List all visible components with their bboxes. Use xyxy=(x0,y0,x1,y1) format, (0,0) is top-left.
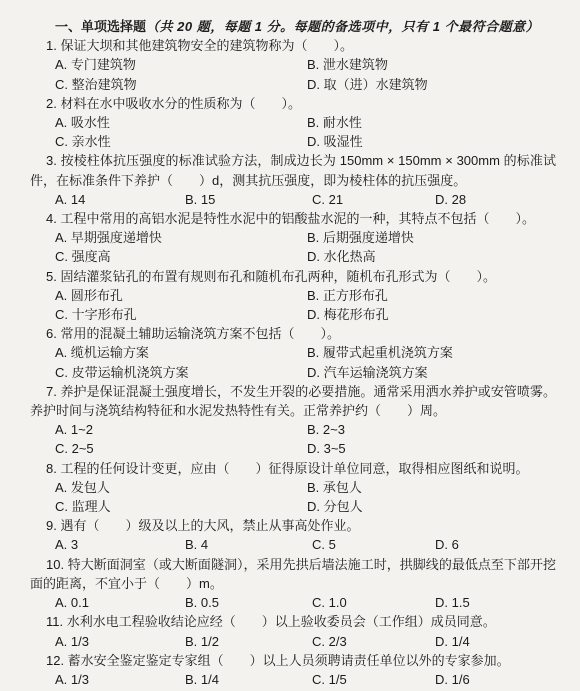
question-stem: 4. 工程中常用的高铝水泥是特性水泥中的铝酸盐水泥的一种，其特点不包括（ ）。 xyxy=(30,209,556,228)
option: C. 皮带运输机浇筑方案 xyxy=(55,363,307,382)
option: D. 6 xyxy=(435,535,556,554)
question-stem: 6. 常用的混凝土辅助运输浇筑方案不包括（ ）。 xyxy=(30,324,556,343)
question-stem: 1. 保证大坝和其他建筑物安全的建筑物称为（ ）。 xyxy=(30,36,556,55)
section-title-lead: 一、单项选择题 xyxy=(55,19,146,34)
question: 9. 遇有（ ）级及以上的大风，禁止从事高处作业。A. 3B. 4C. 5D. … xyxy=(30,516,556,554)
option: A. 发包人 xyxy=(55,478,307,497)
exam-page: 一、单项选择题（共 20 题，每题 1 分。每题的备选项中，只有 1 个最符合题… xyxy=(0,0,580,691)
option-group: A. 圆形布孔B. 正方形布孔C. 十字形布孔D. 梅花形布孔 xyxy=(30,286,556,324)
question: 12. 蓄水安全鉴定鉴定专家组（ ）以上人员须聘请责任单位以外的专家参加。A. … xyxy=(30,651,556,689)
option: C. 2~5 xyxy=(55,439,307,458)
option: D. 1.5 xyxy=(435,593,556,612)
option: B. 泄水建筑物 xyxy=(307,55,556,74)
option: D. 3~5 xyxy=(307,439,556,458)
option: A. 1~2 xyxy=(55,420,307,439)
option: C. 十字形布孔 xyxy=(55,305,307,324)
question: 8. 工程的任何设计变更，应由（ ）征得原设计单位同意，取得相应图纸和说明。A.… xyxy=(30,459,556,517)
option: B. 1/4 xyxy=(185,670,312,689)
option: B. 耐水性 xyxy=(307,113,556,132)
question: 5. 固结灌浆钻孔的布置有规则布孔和随机布孔两种，随机布孔形式为（ ）。A. 圆… xyxy=(30,267,556,325)
option-group: A. 0.1B. 0.5C. 1.0D. 1.5 xyxy=(30,593,556,612)
question: 1. 保证大坝和其他建筑物安全的建筑物称为（ ）。A. 专门建筑物B. 泄水建筑… xyxy=(30,36,556,94)
option: A. 14 xyxy=(55,190,185,209)
option: A. 1/3 xyxy=(55,632,185,651)
option: D. 取（进）水建筑物 xyxy=(307,75,556,94)
option: C. 整治建筑物 xyxy=(55,75,307,94)
option-group: A. 吸水性B. 耐水性C. 亲水性D. 吸湿性 xyxy=(30,113,556,151)
option: D. 汽车运输浇筑方案 xyxy=(307,363,556,382)
option: B. 0.5 xyxy=(185,593,312,612)
section-title: 一、单项选择题（共 20 题，每题 1 分。每题的备选项中，只有 1 个最符合题… xyxy=(30,17,556,36)
option: C. 1/5 xyxy=(312,670,435,689)
option: B. 正方形布孔 xyxy=(307,286,556,305)
option: A. 3 xyxy=(55,535,185,554)
question-stem: 7. 养护是保证混凝土强度增长，不发生开裂的必要措施。通常采用洒水养护或安管喷雾… xyxy=(30,382,556,420)
question-stem: 8. 工程的任何设计变更，应由（ ）征得原设计单位同意，取得相应图纸和说明。 xyxy=(30,459,556,478)
option: B. 承包人 xyxy=(307,478,556,497)
option: C. 21 xyxy=(312,190,435,209)
option: A. 0.1 xyxy=(55,593,185,612)
question: 10. 特大断面洞室（或大断面隧洞），采用先拱后墙法施工时，拱脚线的最低点至下部… xyxy=(30,555,556,613)
option: B. 15 xyxy=(185,190,312,209)
question-stem: 10. 特大断面洞室（或大断面隧洞），采用先拱后墙法施工时，拱脚线的最低点至下部… xyxy=(30,555,556,593)
option: A. 专门建筑物 xyxy=(55,55,307,74)
option: D. 水化热高 xyxy=(307,247,556,266)
question: 4. 工程中常用的高铝水泥是特性水泥中的铝酸盐水泥的一种，其特点不包括（ ）。A… xyxy=(30,209,556,267)
option: A. 缆机运输方案 xyxy=(55,343,307,362)
option-group: A. 3B. 4C. 5D. 6 xyxy=(30,535,556,554)
option: B. 1/2 xyxy=(185,632,312,651)
option: C. 亲水性 xyxy=(55,132,307,151)
question-list: 1. 保证大坝和其他建筑物安全的建筑物称为（ ）。A. 专门建筑物B. 泄水建筑… xyxy=(30,36,556,689)
option: B. 2~3 xyxy=(307,420,556,439)
option-group: A. 14B. 15C. 21D. 28 xyxy=(30,190,556,209)
option: D. 吸湿性 xyxy=(307,132,556,151)
option-group: A. 缆机运输方案B. 履带式起重机浇筑方案C. 皮带运输机浇筑方案D. 汽车运… xyxy=(30,343,556,381)
question: 11. 水利水电工程验收结论应经（ ）以上验收委员会（工作组）成员同意。A. 1… xyxy=(30,612,556,650)
question-stem: 9. 遇有（ ）级及以上的大风，禁止从事高处作业。 xyxy=(30,516,556,535)
option-group: A. 1/3B. 1/4C. 1/5D. 1/6 xyxy=(30,670,556,689)
option-group: A. 1~2B. 2~3C. 2~5D. 3~5 xyxy=(30,420,556,458)
option: C. 5 xyxy=(312,535,435,554)
question: 2. 材料在水中吸收水分的性质称为（ ）。A. 吸水性B. 耐水性C. 亲水性D… xyxy=(30,94,556,152)
question-stem: 3. 按棱柱体抗压强度的标准试验方法，制成边长为 150mm × 150mm ×… xyxy=(30,151,556,189)
question-stem: 11. 水利水电工程验收结论应经（ ）以上验收委员会（工作组）成员同意。 xyxy=(30,612,556,631)
option: C. 强度高 xyxy=(55,247,307,266)
option: D. 梅花形布孔 xyxy=(307,305,556,324)
option: A. 早期强度递增快 xyxy=(55,228,307,247)
question: 7. 养护是保证混凝土强度增长，不发生开裂的必要措施。通常采用洒水养护或安管喷雾… xyxy=(30,382,556,459)
option: C. 监理人 xyxy=(55,497,307,516)
option: A. 1/3 xyxy=(55,670,185,689)
question-stem: 5. 固结灌浆钻孔的布置有规则布孔和随机布孔两种，随机布孔形式为（ ）。 xyxy=(30,267,556,286)
option: D. 1/4 xyxy=(435,632,556,651)
option-group: A. 早期强度递增快B. 后期强度递增快C. 强度高D. 水化热高 xyxy=(30,228,556,266)
question: 6. 常用的混凝土辅助运输浇筑方案不包括（ ）。A. 缆机运输方案B. 履带式起… xyxy=(30,324,556,382)
option-group: A. 1/3B. 1/2C. 2/3D. 1/4 xyxy=(30,632,556,651)
question-stem: 12. 蓄水安全鉴定鉴定专家组（ ）以上人员须聘请责任单位以外的专家参加。 xyxy=(30,651,556,670)
option: C. 1.0 xyxy=(312,593,435,612)
option: D. 分包人 xyxy=(307,497,556,516)
option: A. 吸水性 xyxy=(55,113,307,132)
option-group: A. 专门建筑物B. 泄水建筑物C. 整治建筑物D. 取（进）水建筑物 xyxy=(30,55,556,93)
option: C. 2/3 xyxy=(312,632,435,651)
option: D. 1/6 xyxy=(435,670,556,689)
option: D. 28 xyxy=(435,190,556,209)
section-title-note: （共 20 题，每题 1 分。每题的备选项中，只有 1 个最符合题意） xyxy=(146,19,539,34)
option: B. 履带式起重机浇筑方案 xyxy=(307,343,556,362)
option: A. 圆形布孔 xyxy=(55,286,307,305)
option: B. 后期强度递增快 xyxy=(307,228,556,247)
option-group: A. 发包人B. 承包人C. 监理人D. 分包人 xyxy=(30,478,556,516)
question: 3. 按棱柱体抗压强度的标准试验方法，制成边长为 150mm × 150mm ×… xyxy=(30,151,556,209)
option: B. 4 xyxy=(185,535,312,554)
question-stem: 2. 材料在水中吸收水分的性质称为（ ）。 xyxy=(30,94,556,113)
